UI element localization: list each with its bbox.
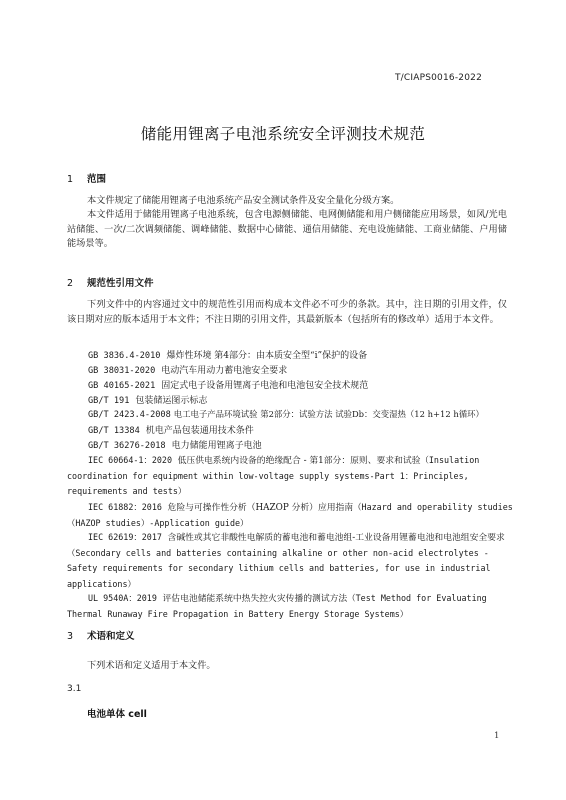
reference-code: IEC 60664-1：2020: [88, 455, 172, 465]
reference-code: GB 3836.4-2010: [88, 351, 160, 361]
reference-title-cn: 危险与可操作性分析（HAZOP 分析）应用指南: [168, 503, 354, 513]
reference-title: 电工电子产品环境试验 第2部分：试验方法 试验Db：交变湿热（12 h+12 h…: [174, 409, 484, 419]
clause-number: 3.1: [67, 684, 81, 694]
intl-reference-item: IEC 60664-1：2020 低压供电系统内设备的绝缘配合 - 第1部分：原…: [67, 453, 513, 500]
intl-reference-item: IEC 61882：2016 危险与可操作性分析（HAZOP 分析）应用指南（H…: [67, 500, 513, 531]
terms-intro: 下列术语和定义适用于本文件。: [67, 659, 507, 674]
standard-number: T/CIAPS0016-2022: [395, 73, 482, 83]
section-number: 1: [67, 174, 87, 185]
normative-references-intro: 下列文件中的内容通过文中的规范性引用而构成本文件必不可少的条款。其中，注日期的引…: [67, 298, 507, 327]
reference-title-cn: 含碱性或其它非酸性电解质的蓄电池和蓄电池组-工业设备用锂蓄电池和电池组安全要求: [168, 533, 505, 543]
section-title: 范围: [87, 174, 106, 185]
document-title: 储能用锂离子电池系统安全评测技术规范: [0, 122, 566, 144]
reference-item: GB 40165-2021固定式电子设备用锂离子电池和电池包安全技术规范: [88, 378, 368, 391]
reference-code: GB 40165-2021: [88, 381, 155, 391]
reference-code: GB/T 36276-2018: [88, 441, 166, 451]
scope-paragraph-1: 本文件规定了储能用锂离子电池系统产品安全测试条件及安全量化分级方案。: [67, 194, 507, 209]
section-number: 3: [67, 631, 87, 642]
reference-code: IEC 61882：2016: [88, 502, 162, 512]
reference-title-cn: 低压供电系统内设备的绝缘配合 - 第1部分：原则、要求和试验: [178, 456, 421, 466]
reference-code: GB/T 191: [88, 396, 129, 406]
reference-item: GB 3836.4-2010爆炸性环境 第4部分：由本质安全型“i”保护的设备: [88, 348, 367, 361]
document-page: T/CIAPS0016-2022 储能用锂离子电池系统安全评测技术规范 1范围 …: [0, 0, 566, 800]
reference-title: 机电产品包装通用技术条件: [146, 426, 254, 436]
reference-code: GB/T 13384: [88, 426, 140, 436]
reference-code: UL 9540A：2019: [88, 593, 157, 603]
scope-paragraph-2: 本文件适用于储能用锂离子电池系统，包含电源侧储能、电网侧储能和用户侧储能应用场景…: [67, 208, 507, 252]
reference-title: 爆炸性环境 第4部分：由本质安全型“i”保护的设备: [166, 351, 367, 361]
reference-title: 包装储运图示标志: [135, 396, 207, 406]
reference-item: GB/T 191包装储运图示标志: [88, 393, 207, 406]
section-number: 2: [67, 278, 87, 289]
reference-item: GB/T 2423.4-2008电工电子产品环境试验 第2部分：试验方法 试验D…: [88, 408, 484, 420]
page-number: 1: [494, 731, 499, 741]
term-heading: 电池单体 cell: [87, 706, 147, 720]
section-title: 规范性引用文件: [87, 278, 154, 289]
reference-item: GB 38031-2020电动汽车用动力蓄电池安全要求: [88, 363, 287, 376]
section-1-heading: 1范围: [67, 171, 106, 185]
reference-code: IEC 62619：2017: [88, 532, 162, 542]
reference-code: GB/T 2423.4-2008: [88, 410, 171, 420]
reference-item: GB/T 13384机电产品包装通用技术条件: [88, 423, 254, 436]
intl-reference-item: UL 9540A：2019 评估电池储能系统中热失控火灾传播的测试方法（Test…: [67, 591, 513, 622]
reference-title-en: （Secondary cells and batteries containin…: [67, 548, 491, 589]
reference-title: 固定式电子设备用锂离子电池和电池包安全技术规范: [161, 381, 368, 391]
section-title: 术语和定义: [87, 631, 135, 642]
intl-reference-item: IEC 62619：2017 含碱性或其它非酸性电解质的蓄电池和蓄电池组-工业设…: [67, 530, 513, 592]
section-2-heading: 2规范性引用文件: [67, 275, 154, 289]
reference-item: GB/T 36276-2018电力储能用锂离子电池: [88, 438, 262, 451]
reference-title: 电力储能用锂离子电池: [172, 441, 262, 451]
reference-title-cn: 评估电池储能系统中热失控火灾传播的测试方法: [162, 594, 347, 604]
reference-code: GB 38031-2020: [88, 366, 155, 376]
reference-title: 电动汽车用动力蓄电池安全要求: [161, 366, 287, 376]
section-3-heading: 3术语和定义: [67, 628, 135, 642]
